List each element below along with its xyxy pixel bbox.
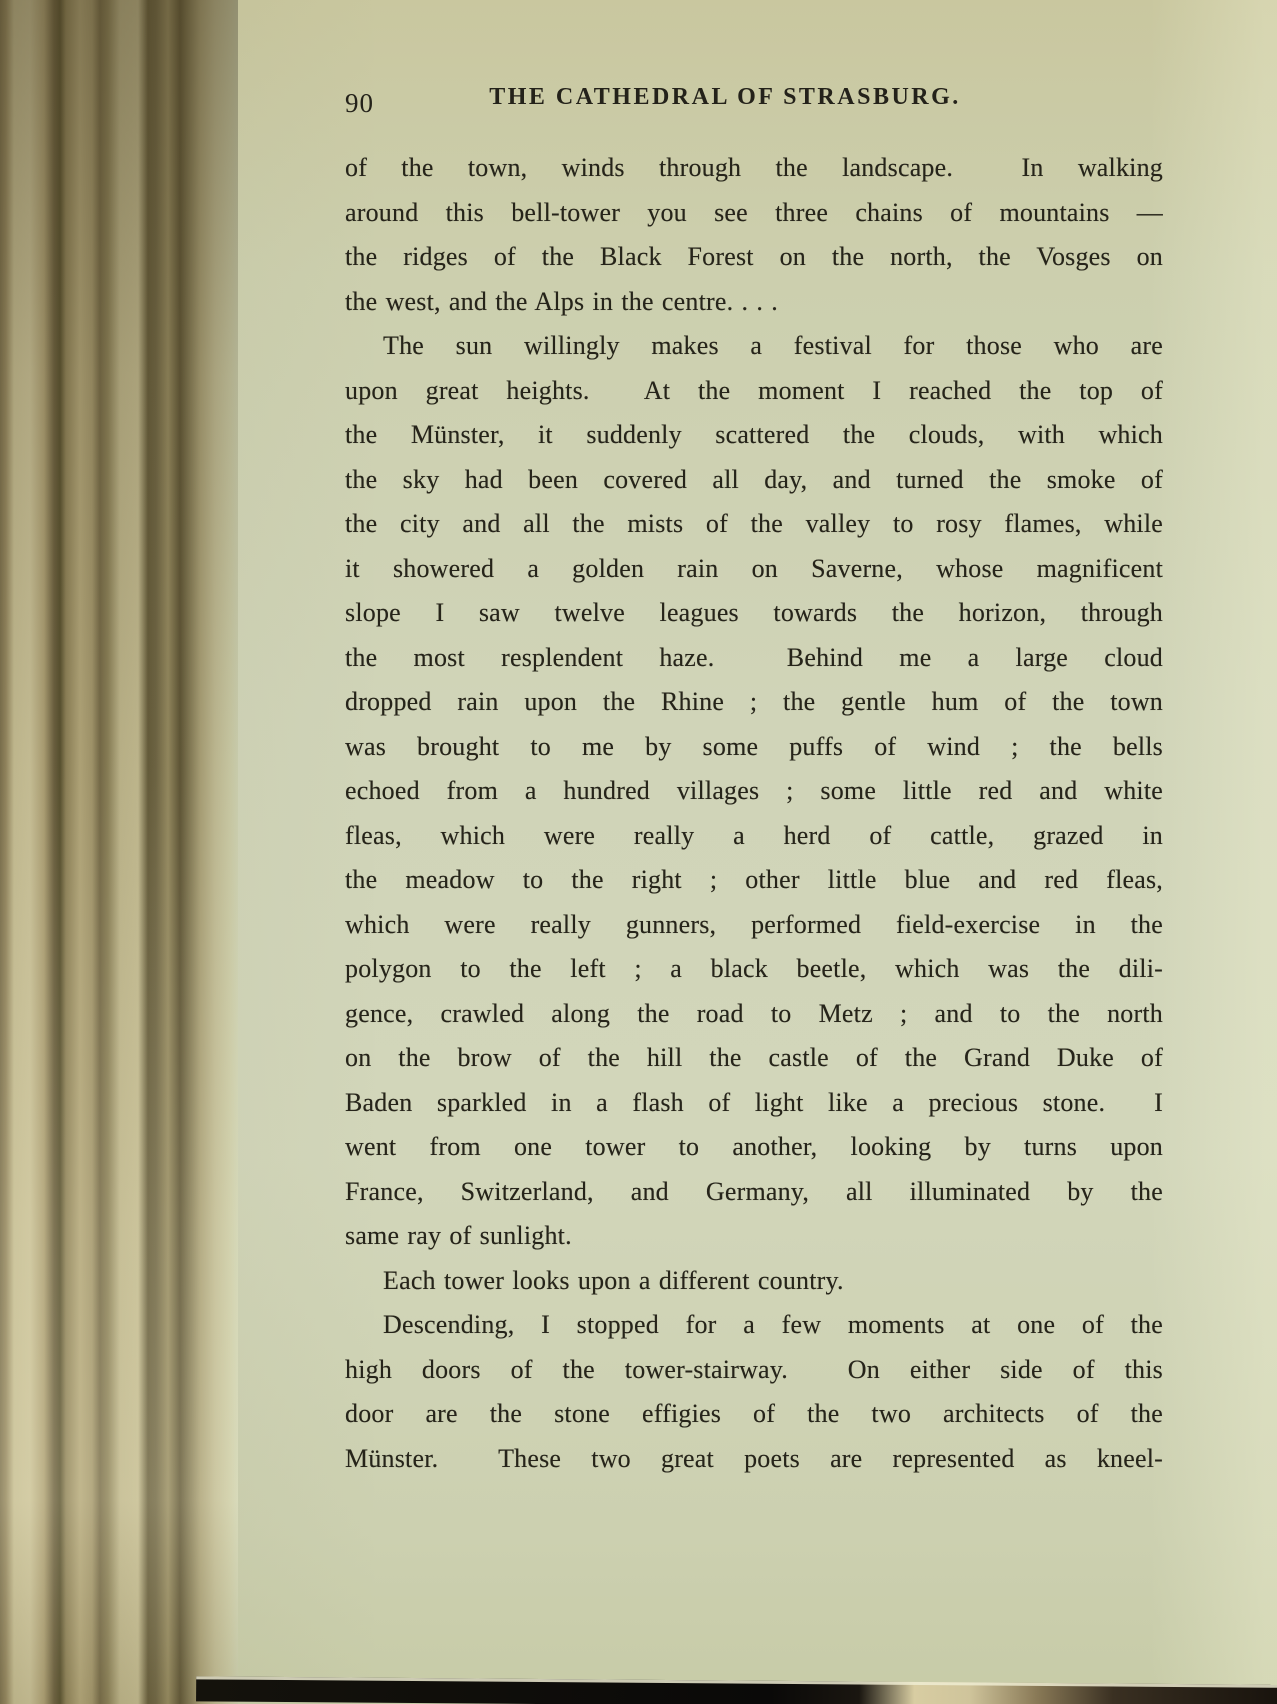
text-line: echoed from a hundred villages ; some li… xyxy=(345,769,1163,814)
running-header-title: THE CATHEDRAL OF STRASBURG. xyxy=(445,84,1005,111)
text-line: went from one tower to another, looking … xyxy=(345,1125,1163,1170)
text-line: the sky had been covered all day, and tu… xyxy=(345,458,1163,503)
book-page-photo: 90 THE CATHEDRAL OF STRASBURG. of the to… xyxy=(0,0,1277,1704)
text-line: the city and all the mists of the valley… xyxy=(345,502,1163,547)
text-line: Each tower looks upon a different countr… xyxy=(345,1259,1163,1304)
text-line: the meadow to the right ; other little b… xyxy=(345,858,1163,903)
page-text-block: of the town, winds through the landscape… xyxy=(345,146,1163,1481)
text-line: around this bell-tower you see three cha… xyxy=(345,191,1163,236)
text-line: the ridges of the Black Forest on the no… xyxy=(345,235,1163,280)
page-header: 90 THE CATHEDRAL OF STRASBURG. xyxy=(345,84,1163,124)
text-line: polygon to the left ; a black beetle, wh… xyxy=(345,947,1163,992)
text-line: the most resplendent haze. Behind me a l… xyxy=(345,636,1163,681)
text-line: The sun willingly makes a festival for t… xyxy=(345,324,1163,369)
text-line: fleas, which were really a herd of cattl… xyxy=(345,814,1163,859)
text-line: slope I saw twelve leagues towards the h… xyxy=(345,591,1163,636)
page-number: 90 xyxy=(345,88,374,119)
text-line: upon great heights. At the moment I reac… xyxy=(345,369,1163,414)
page-edge-stack xyxy=(0,0,238,1704)
text-line: door are the stone effigies of the two a… xyxy=(345,1392,1163,1437)
text-line: same ray of sunlight. xyxy=(345,1214,1163,1259)
text-line: gence, crawled along the road to Metz ; … xyxy=(345,992,1163,1037)
text-line: Baden sparkled in a flash of light like … xyxy=(345,1081,1163,1126)
text-line: dropped rain upon the Rhine ; the gentle… xyxy=(345,680,1163,725)
text-line: the Münster, it suddenly scattered the c… xyxy=(345,413,1163,458)
text-line: Descending, I stopped for a few moments … xyxy=(345,1303,1163,1348)
text-line: high doors of the tower-stairway. On eit… xyxy=(345,1348,1163,1393)
text-line: was brought to me by some puffs of wind … xyxy=(345,725,1163,770)
text-line: which were really gunners, performed fie… xyxy=(345,903,1163,948)
text-line: it showered a golden rain on Saverne, wh… xyxy=(345,547,1163,592)
text-line: France, Switzerland, and Germany, all il… xyxy=(345,1170,1163,1215)
text-line: of the town, winds through the landscape… xyxy=(345,146,1163,191)
text-line: the west, and the Alps in the centre. . … xyxy=(345,280,1163,325)
text-line: on the brow of the hill the castle of th… xyxy=(345,1036,1163,1081)
text-line: Münster. These two great poets are repre… xyxy=(345,1437,1163,1482)
page-bottom-shadow xyxy=(196,1676,1277,1704)
